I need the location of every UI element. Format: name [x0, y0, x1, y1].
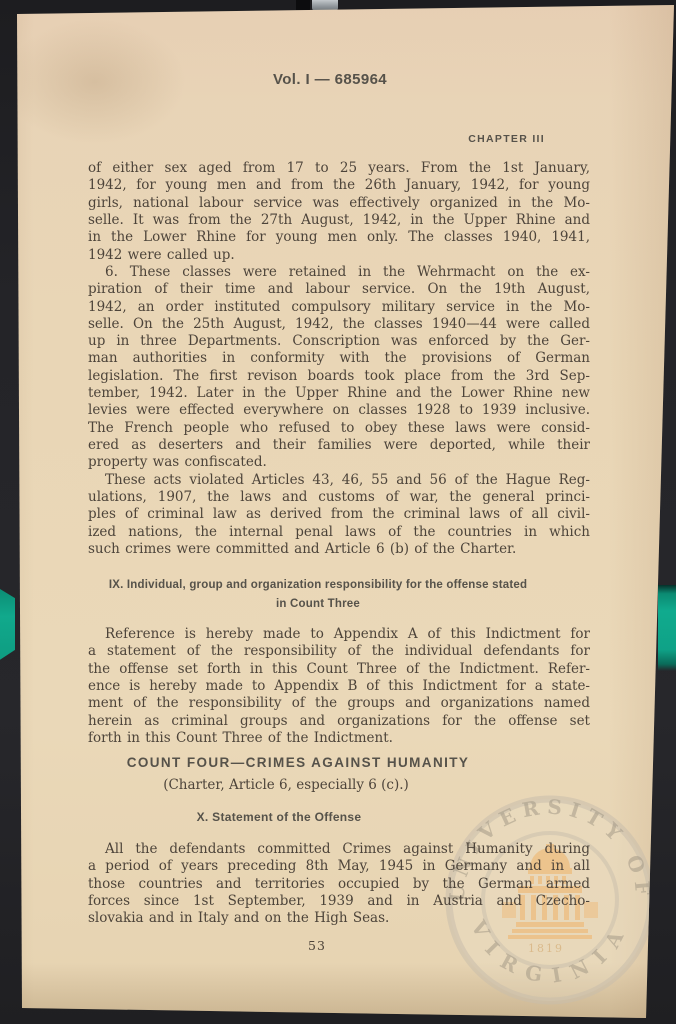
- section-ix-heading-line2: in Count Three: [68, 595, 568, 614]
- bookmark-ribbon-right: [658, 585, 676, 671]
- paragraph-wehrmacht-classes: 6. These classes were retained in the We…: [88, 264, 590, 472]
- paragraph-hague-violations: These acts violated Articles 43, 46, 55 …: [88, 472, 590, 559]
- paragraph-appendix-reference-wrap: Reference is hereby made to Appendix A o…: [88, 626, 590, 747]
- binder-clip: [312, 0, 338, 11]
- section-ix-heading-line1: IX. Individual, group and organization r…: [68, 576, 568, 595]
- scanned-book-photo: { "meta": { "volume_header": "Vol. I — 6…: [0, 0, 676, 1024]
- volume-header: Vol. I — 685964: [80, 71, 580, 88]
- paragraph-appendix-reference: Reference is hereby made to Appendix A o…: [88, 626, 590, 747]
- body-text-column: of either sex aged from 17 to 25 years. …: [88, 160, 590, 558]
- shelf-gap: [296, 0, 310, 10]
- bookmark-ribbon-left: [0, 586, 15, 662]
- paragraph-labour-service: of either sex aged from 17 to 25 years. …: [88, 160, 590, 264]
- paragraph-statement-offense-wrap: All the defendants committed Crimes agai…: [88, 841, 590, 928]
- count-four-heading: COUNT FOUR—CRIMES AGAINST HUMANITY: [48, 755, 548, 770]
- document-page: UNIVERSITY OF VIRGINIA 1819 Vol. I — 685…: [0, 0, 676, 1024]
- chapter-header: CHAPTER III: [88, 133, 545, 145]
- charter-reference-line: (Charter, Article 6, especially 6 (c).): [36, 777, 536, 793]
- page-number: 53: [67, 938, 567, 953]
- section-x-heading: X. Statement of the Offense: [29, 810, 529, 824]
- section-ix-heading: IX. Individual, group and organization r…: [68, 576, 568, 614]
- paragraph-statement-offense: All the defendants committed Crimes agai…: [88, 841, 590, 928]
